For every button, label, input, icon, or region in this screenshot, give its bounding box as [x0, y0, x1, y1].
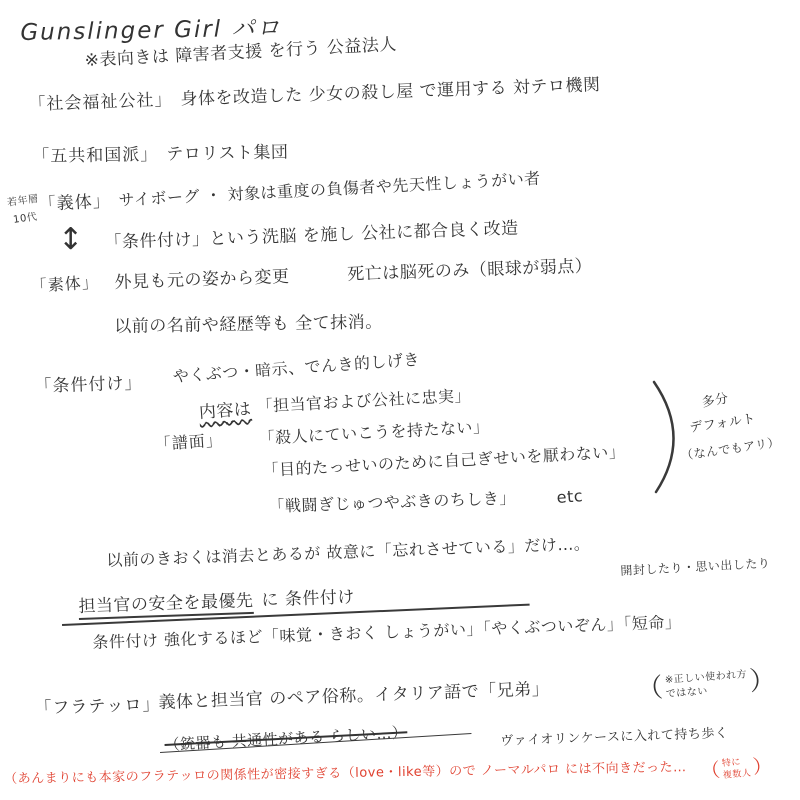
- faction-desc: テロリスト集団: [166, 143, 289, 165]
- conditioning-methods: やくぶつ・暗示、でんき的しげき: [172, 347, 421, 387]
- contents-label: 内容は: [198, 394, 252, 423]
- aside-note-2: デフォルト: [688, 408, 757, 436]
- red-footer-small-note: （ 特に 複数人 ）: [700, 754, 773, 784]
- fratello-desc: 義体と担当官 のペア俗称。イタリア語で「兄弟」: [158, 674, 550, 713]
- priority-underlined-text: 担当官の安全を最優先: [78, 591, 254, 620]
- age-margin-note-2: 10代: [12, 208, 38, 226]
- gitai-term: 「義体」: [38, 191, 111, 215]
- faction-term: 「五共和国派」: [32, 145, 158, 167]
- appearance-line: 外見も元の姿から変更死亡は脳死のみ（眼球が弱点）: [114, 251, 593, 293]
- gitai-desc: サイボーグ ・ 対象は重度の負傷者や先天性しょうがい者: [118, 169, 541, 210]
- gitai-line: 「義体」サイボーグ ・ 対象は重度の負傷者や先天性しょうがい者: [38, 164, 541, 215]
- conditioning-item-4: 「戦闘ぎじゅつやぶきのちしき」: [268, 485, 516, 517]
- erase-line: 以前の名前や経歴等も 全て抹消。: [114, 307, 383, 337]
- age-margin-note-1: 若年層: [6, 190, 39, 209]
- death-text: 死亡は脳死のみ（眼球が弱点）: [347, 256, 593, 285]
- close-paren: ）: [749, 667, 777, 695]
- priority-line: 担当官の安全を最優先に 条件付け: [78, 582, 355, 617]
- kosha-desc: 身体を改造した 少女の殺し屋 で運用する 対テロ機関: [180, 75, 601, 110]
- close-paren: ）: [752, 756, 773, 777]
- open-paren: （: [700, 761, 721, 782]
- memory-line: 以前のきおくは消去とあるが 故意に「忘れさせている」だけ…。: [106, 531, 591, 571]
- etc-label: etc: [556, 486, 584, 507]
- kosha-term: 「社会福祉公社」: [28, 90, 173, 115]
- fratello-term: 「フラテッロ」: [34, 690, 161, 719]
- memory-margin-note: 開封したり・思い出したり: [620, 554, 771, 579]
- aside-note-1: 多分: [700, 387, 730, 410]
- kosha-line: 「社会福祉公社」身体を改造した 少女の殺し屋 で運用する 対テロ機関: [28, 70, 601, 115]
- priority-rest-text: に 条件付け: [261, 587, 355, 610]
- handwritten-notes-page: Gunslinger Girl パロ ※表向きは 障害者支援 を行う 公益法人 …: [0, 0, 800, 800]
- open-paren: （: [636, 675, 664, 703]
- fumen-term: 「譜面」: [154, 427, 223, 455]
- sotai-term: 「素体」: [30, 269, 99, 297]
- big-paren-icon: [648, 378, 696, 496]
- fratello-usage-note: （ ※正しい使われ方 ではない ）: [636, 666, 777, 703]
- conditioning-item-1: 「担当官および公社に忠実」: [256, 383, 471, 417]
- up-down-arrow-icon: ↕: [58, 222, 84, 257]
- violin-case-note: ヴァイオリンケースに入れて持ち歩く: [500, 722, 729, 749]
- brainwash-line: 「条件付け」という洗脳 を施し 公社に都合良く改造: [104, 214, 519, 253]
- appearance-text: 外見も元の姿から変更: [114, 267, 290, 293]
- red-footer-note: （あんまりにも本家のフラテッロの関係性が密接すぎる（love・like等）ので …: [4, 756, 687, 787]
- red-small-note-line2: 複数人: [722, 768, 751, 783]
- faction-line: 「五共和国派」テロリスト集団: [32, 138, 289, 167]
- conditioning-item-2: 「殺人にていこうを持たない」: [258, 414, 490, 449]
- conditioning-term: 「条件付け」: [34, 368, 143, 397]
